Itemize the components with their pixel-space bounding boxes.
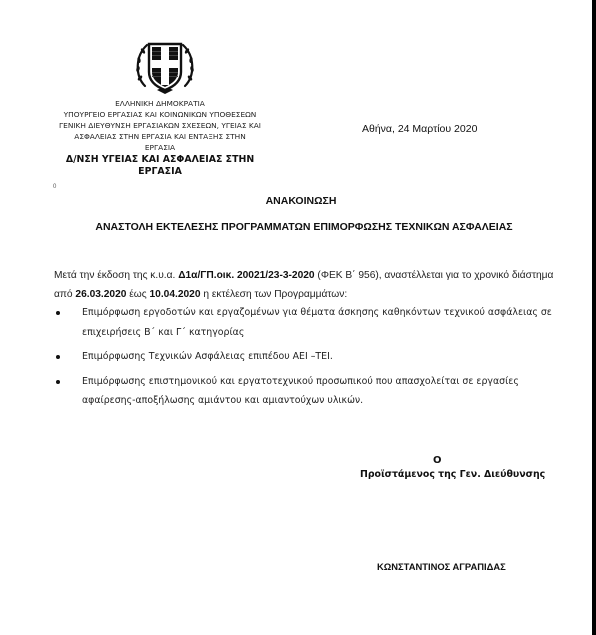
document-title: ΑΝΑΚΟΙΝΩΣΗ bbox=[0, 195, 596, 207]
intro-text: η εκτέλεση των Προγραμμάτων: bbox=[201, 289, 348, 300]
start-date: 26.03.2020 bbox=[75, 289, 126, 300]
bullet-icon bbox=[56, 380, 60, 384]
issuer-header: ΕΛΛΗΝΙΚΗ ΔΗΜΟΚΡΑΤΙΑ ΥΠΟΥΡΓΕΙΟ ΕΡΓΑΣΙΑΣ Κ… bbox=[50, 98, 270, 178]
list-item-text: Επιμόρφωσης επιστημονικού και εργατοτεχν… bbox=[82, 376, 519, 407]
signatory-role: Προϊστάμενος της Γεν. Διεύθυνσης bbox=[360, 469, 545, 480]
document-date: Αθήνα, 24 Μαρτίου 2020 bbox=[362, 123, 477, 135]
header-line: ΥΠΟΥΡΓΕΙΟ ΕΡΓΑΣΙΑΣ ΚΑΙ ΚΟΙΝΩΝΙΚΩΝ ΥΠΟΘΕΣ… bbox=[50, 109, 270, 120]
signature-article: Ο bbox=[433, 455, 442, 466]
document-subtitle: ΑΝΑΣΤΟΛΗ ΕΚΤΕΛΕΣΗΣ ΠΡΟΓΡΑΜΜΑΤΩΝ ΕΠΙΜΟΡΦΩ… bbox=[0, 221, 596, 233]
decision-reference: Δ1α/ΓΠ.οικ. 20021/23-3-2020 bbox=[178, 270, 314, 281]
intro-text: έως bbox=[126, 289, 149, 300]
header-line: ΓΕΝΙΚΗ ΔΙΕΥΘΥΝΣΗ ΕΡΓΑΣΙΑΚΩΝ ΣΧΕΣΕΩΝ, ΥΓΕ… bbox=[50, 120, 270, 131]
program-list: Επιμόρφωση εργοδοτών και εργαζομένων για… bbox=[54, 303, 554, 416]
header-line: ΕΛΛΗΝΙΚΗ ΔΗΜΟΚΡΑΤΙΑ bbox=[50, 98, 270, 109]
list-item-text: Επιμόρφωσης Τεχνικών Ασφάλειας επιπέδου … bbox=[82, 351, 333, 362]
intro-paragraph: Μετά την έκδοση της κ.υ.α. Δ1α/ΓΠ.οικ. 2… bbox=[54, 266, 554, 304]
greek-coat-of-arms-icon bbox=[131, 36, 199, 98]
end-date: 10.04.2020 bbox=[150, 289, 201, 300]
header-line: ΑΣΦΑΛΕΙΑΣ ΣΤΗΝ ΕΡΓΑΣΙΑ ΚΑΙ ΕΝΤΑΞΗΣ ΣΤΗΝ bbox=[50, 131, 270, 142]
list-item: Επιμόρφωση εργοδοτών και εργαζομένων για… bbox=[54, 303, 554, 342]
page-edge-bar bbox=[592, 0, 596, 635]
bullet-icon bbox=[56, 311, 60, 315]
header-line: ΕΡΓΑΣΙΑ bbox=[50, 142, 270, 153]
list-item-text: Επιμόρφωση εργοδοτών και εργαζομένων για… bbox=[82, 307, 552, 338]
intro-text: Μετά την έκδοση της κ.υ.α. bbox=[54, 270, 178, 281]
signatory-name: ΚΩΝΣΤΑΝΤΙΝΟΣ ΑΓΡΑΠΙΔΑΣ bbox=[377, 561, 506, 572]
list-item: Επιμόρφωσης επιστημονικού και εργατοτεχν… bbox=[54, 372, 554, 411]
bullet-icon bbox=[56, 355, 60, 359]
page-marker: 0 bbox=[53, 184, 56, 190]
list-item: Επιμόρφωσης Τεχνικών Ασφάλειας επιπέδου … bbox=[54, 347, 554, 367]
department-name: Δ/ΝΣΗ ΥΓΕΙΑΣ ΚΑΙ ΑΣΦΑΛΕΙΑΣ ΣΤΗΝ ΕΡΓΑΣΙΑ bbox=[50, 154, 270, 178]
